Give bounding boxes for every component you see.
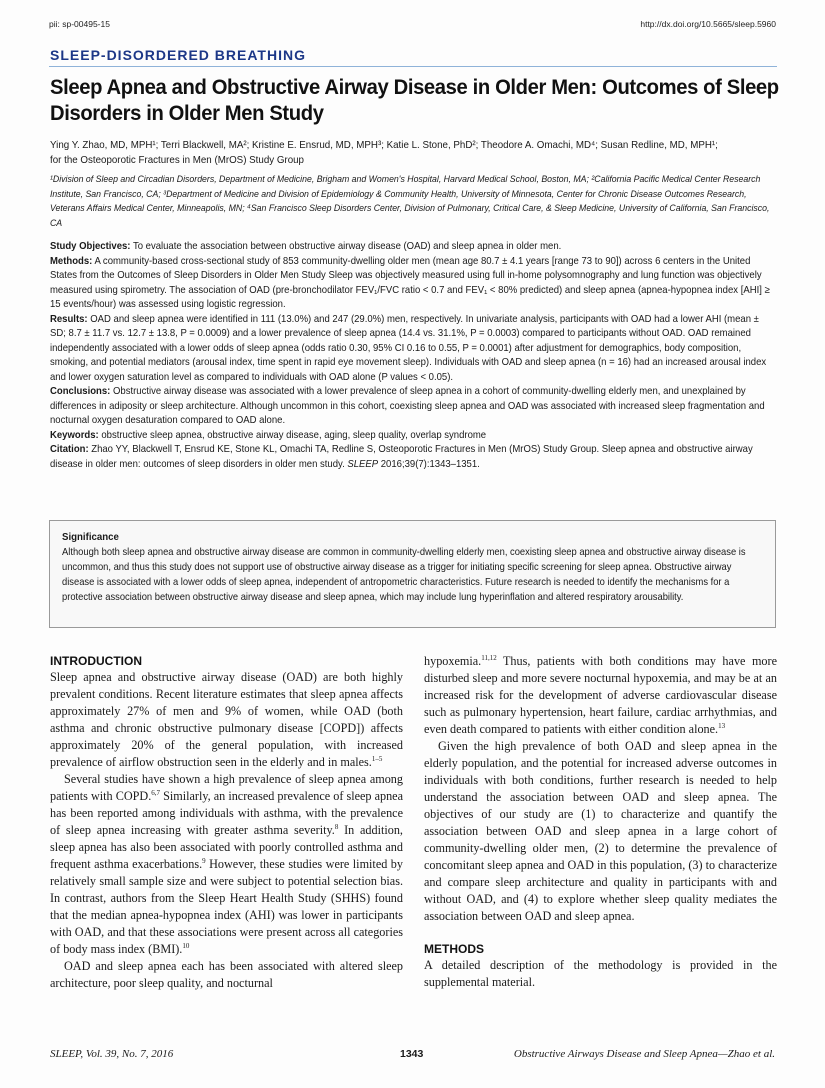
section-divider	[49, 66, 777, 67]
reference-superscript[interactable]: 6,7	[151, 789, 160, 797]
reference-superscript[interactable]: 11,12	[481, 654, 497, 662]
objectives-label: Study Objectives:	[50, 241, 130, 252]
objectives-text: To evaluate the association between obst…	[130, 241, 561, 252]
methods-label: Methods:	[50, 256, 92, 267]
intro-paragraph-2: Several studies have shown a high preval…	[50, 771, 403, 958]
intro-paragraph-3: OAD and sleep apnea each has been associ…	[50, 958, 403, 992]
pii-identifier: pii: sp-00495-15	[49, 19, 110, 29]
significance-heading: Significance	[62, 530, 761, 545]
running-title: Obstructive Airways Disease and Sleep Ap…	[514, 1048, 775, 1060]
doi-link[interactable]: http://dx.doi.org/10.5665/sleep.5960	[640, 19, 776, 29]
abstract-methods: Methods: A community-based cross-section…	[50, 255, 775, 313]
abstract-results: Results: OAD and sleep apnea were identi…	[50, 313, 775, 386]
abstract-conclusions: Conclusions: Obstructive airway disease …	[50, 385, 775, 429]
section-label: SLEEP-DISORDERED BREATHING	[50, 47, 306, 63]
significance-text: Although both sleep apnea and obstructiv…	[62, 545, 761, 605]
reference-superscript[interactable]: 1–5	[372, 755, 383, 763]
abstract: Study Objectives: To evaluate the associ…	[50, 240, 775, 472]
right-p1-text-a: hypoxemia.	[424, 654, 481, 668]
abstract-objectives: Study Objectives: To evaluate the associ…	[50, 240, 775, 255]
introduction-heading: INTRODUCTION	[50, 653, 403, 669]
body-column-left: INTRODUCTION Sleep apnea and obstructive…	[50, 653, 403, 992]
methods-paragraph-1: A detailed description of the methodolog…	[424, 957, 777, 991]
citation-journal: SLEEP	[347, 459, 378, 470]
authors-line-2: for the Osteoporotic Fractures in Men (M…	[50, 153, 785, 168]
keywords-label: Keywords:	[50, 430, 99, 441]
intro-paragraph-3-continued: hypoxemia.11,12 Thus, patients with both…	[424, 653, 777, 738]
conclusions-label: Conclusions:	[50, 386, 110, 397]
results-label: Results:	[50, 314, 88, 325]
citation-label: Citation:	[50, 444, 89, 455]
page-number: 1343	[400, 1048, 423, 1060]
conclusions-text: Obstructive airway disease was associate…	[50, 386, 765, 426]
intro-paragraph-1: Sleep apnea and obstructive airway disea…	[50, 669, 403, 771]
article-title: Sleep Apnea and Obstructive Airway Disea…	[50, 74, 783, 126]
methods-text: A community-based cross-sectional study …	[50, 256, 770, 311]
keywords-text: obstructive sleep apnea, obstructive air…	[99, 430, 486, 441]
footer-journal: SLEEP, Vol. 39, No. 7, 2016	[50, 1048, 173, 1060]
abstract-keywords: Keywords: obstructive sleep apnea, obstr…	[50, 429, 775, 444]
intro-paragraph-4: Given the high prevalence of both OAD an…	[424, 738, 777, 925]
reference-superscript[interactable]: 13	[718, 722, 725, 730]
citation-ref: 2016;39(7):1343–1351.	[378, 459, 480, 470]
affiliations: ¹Division of Sleep and Circadian Disorde…	[50, 173, 777, 231]
authors-line-1: Ying Y. Zhao, MD, MPH¹; Terri Blackwell,…	[50, 138, 785, 153]
significance-box: Significance Although both sleep apnea a…	[49, 520, 776, 628]
intro-p2-text-d: However, these studies were limited by r…	[50, 857, 403, 956]
results-text: OAD and sleep apnea were identified in 1…	[50, 314, 766, 383]
reference-superscript[interactable]: 10	[182, 942, 189, 950]
abstract-citation: Citation: Zhao YY, Blackwell T, Ensrud K…	[50, 443, 775, 472]
author-list: Ying Y. Zhao, MD, MPH¹; Terri Blackwell,…	[50, 138, 785, 167]
methods-heading: METHODS	[424, 941, 777, 957]
body-column-right: hypoxemia.11,12 Thus, patients with both…	[424, 653, 777, 991]
intro-p1-text: Sleep apnea and obstructive airway disea…	[50, 670, 403, 769]
